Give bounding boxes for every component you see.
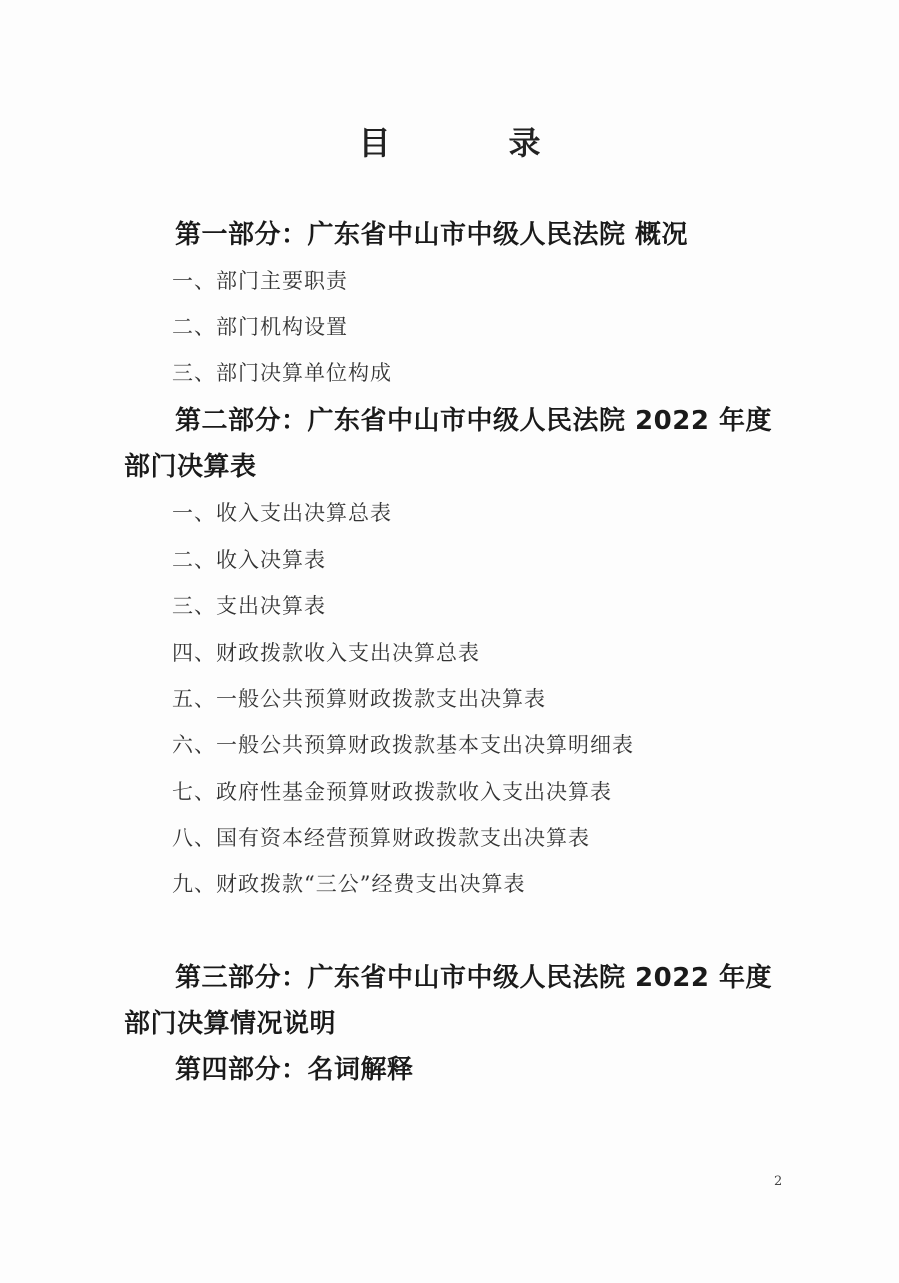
toc-item: 一、部门主要职责 xyxy=(172,266,348,296)
toc-item: 五、一般公共预算财政拨款支出决算表 xyxy=(172,684,546,714)
part2-heading: 第二部分：广东省中山市中级人民法院 2022 年度部门决算表 xyxy=(124,398,784,490)
toc-item: 八、国有资本经营预算财政拨款支出决算表 xyxy=(172,823,590,853)
title-char-1: 目 xyxy=(358,118,390,164)
toc-item: 三、支出决算表 xyxy=(172,591,326,621)
part1-heading: 第一部分：广东省中山市中级人民法院 概况 xyxy=(124,212,784,258)
title-char-2: 录 xyxy=(509,118,541,164)
part3-heading: 第三部分：广东省中山市中级人民法院 2022 年度部门决算情况说明 xyxy=(124,955,784,1047)
page-title: 目录 xyxy=(0,118,899,164)
toc-item: 一、收入支出决算总表 xyxy=(172,498,392,528)
toc-item: 四、财政拨款收入支出决算总表 xyxy=(172,638,480,668)
toc-item: 二、收入决算表 xyxy=(172,545,326,575)
part4-heading: 第四部分：名词解释 xyxy=(124,1047,784,1093)
toc-item: 二、部门机构设置 xyxy=(172,312,348,342)
toc-item: 六、一般公共预算财政拨款基本支出决算明细表 xyxy=(172,730,634,760)
toc-item: 三、部门决算单位构成 xyxy=(172,358,392,388)
toc-item: 九、财政拨款“三公”经费支出决算表 xyxy=(172,869,525,899)
toc-item: 七、政府性基金预算财政拨款收入支出决算表 xyxy=(172,777,612,807)
document-page: 目录 第一部分：广东省中山市中级人民法院 概况 一、部门主要职责 二、部门机构设… xyxy=(0,0,899,1283)
page-number: 2 xyxy=(774,1174,782,1189)
